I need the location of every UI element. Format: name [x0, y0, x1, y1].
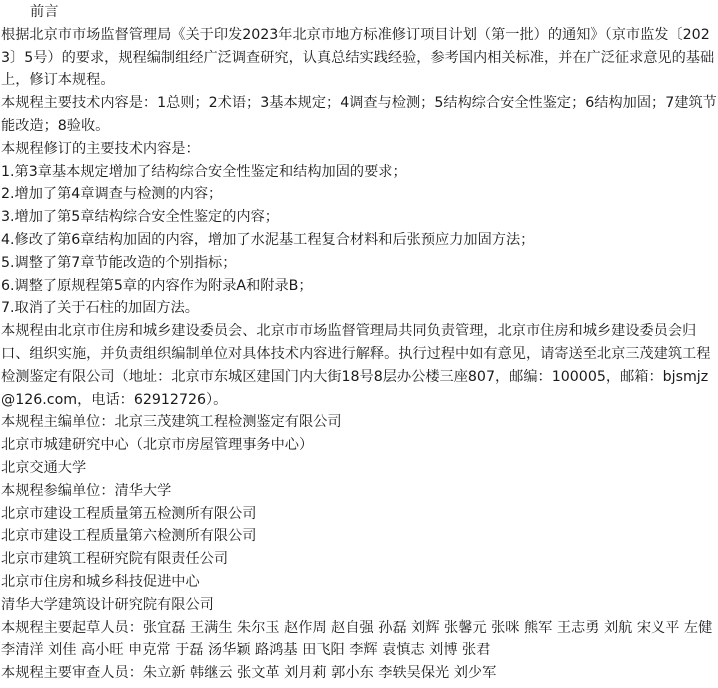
- drafters-paragraph: 本规程主要起草人员：张宜磊 王满生 朱尔玉 赵作周 赵自强 孙磊 刘辉 张馨元 …: [1, 617, 718, 663]
- revision-item: 6.调整了原规程第5章的内容作为附录A和附录B；: [1, 275, 718, 298]
- reviewers-paragraph: 本规程主要审查人员：朱立新 韩继云 张文革 刘月莉 郭小东 李轶吴保光 刘少军: [1, 662, 718, 685]
- intro-paragraph: 根据北京市市场监督管理局《关于印发2023年北京市地方标准修订项目计划（第一批）…: [1, 24, 718, 92]
- management-paragraph: 本规程由北京市住房和城乡建设委员会、北京市市场监督管理局共同负责管理，北京市住房…: [1, 320, 718, 411]
- chief-unit: 北京三茂建筑工程检测鉴定有限公司: [115, 414, 342, 430]
- revision-heading: 本规程修订的主要技术内容是：: [1, 138, 718, 161]
- participating-unit: 北京市建筑工程研究院有限责任公司: [1, 548, 718, 571]
- document: 前言 根据北京市市场监督管理局《关于印发2023年北京市地方标准修订项目计划（第…: [0, 0, 718, 685]
- drafters-label: 本规程主要起草人员：: [1, 620, 143, 636]
- participating-unit: 北京市建设工程质量第五检测所有限公司: [1, 503, 718, 526]
- main-content-paragraph: 本规程主要技术内容是：1总则；2术语；3基本规定；4调查与检测；5结构综合安全性…: [1, 92, 718, 138]
- chief-units-line: 本规程主编单位：北京三茂建筑工程检测鉴定有限公司: [1, 411, 718, 434]
- reviewers-names: 朱立新 韩继云 张文革 刘月莉 郭小东 李轶吴保光 刘少军: [143, 665, 496, 681]
- revision-item: 7.取消了关于石柱的加固方法。: [1, 297, 718, 320]
- revision-item: 5.调整了第7章节能改造的个别指标；: [1, 252, 718, 275]
- revision-item: 3.增加了第5章结构综合安全性鉴定的内容；: [1, 206, 718, 229]
- participating-units-label: 本规程参编单位：: [1, 483, 115, 499]
- chief-unit: 北京市城建研究中心（北京市房屋管理事务中心）: [1, 434, 718, 457]
- participating-unit: 清华大学: [115, 483, 172, 499]
- participating-unit: 北京市住房和城乡科技促进中心: [1, 571, 718, 594]
- revision-item: 1.第3章基本规定增加了结构综合安全性鉴定和结构加固的要求；: [1, 161, 718, 184]
- reviewers-label: 本规程主要审查人员：: [1, 665, 143, 681]
- chief-units-label: 本规程主编单位：: [1, 414, 115, 430]
- revision-item: 4.修改了第6章结构加固的内容，增加了水泥基工程复合材料和后张预应力加固方法；: [1, 229, 718, 252]
- revision-item: 2.增加了第4章调查与检测的内容；: [1, 183, 718, 206]
- participating-unit: 北京市建设工程质量第六检测所有限公司: [1, 525, 718, 548]
- document-title: 前言: [1, 1, 718, 24]
- chief-unit: 北京交通大学: [1, 457, 718, 480]
- participating-unit: 清华大学建筑设计研究院有限公司: [1, 594, 718, 617]
- revision-list: 1.第3章基本规定增加了结构综合安全性鉴定和结构加固的要求； 2.增加了第4章调…: [1, 161, 718, 321]
- participating-units-line: 本规程参编单位：清华大学: [1, 480, 718, 503]
